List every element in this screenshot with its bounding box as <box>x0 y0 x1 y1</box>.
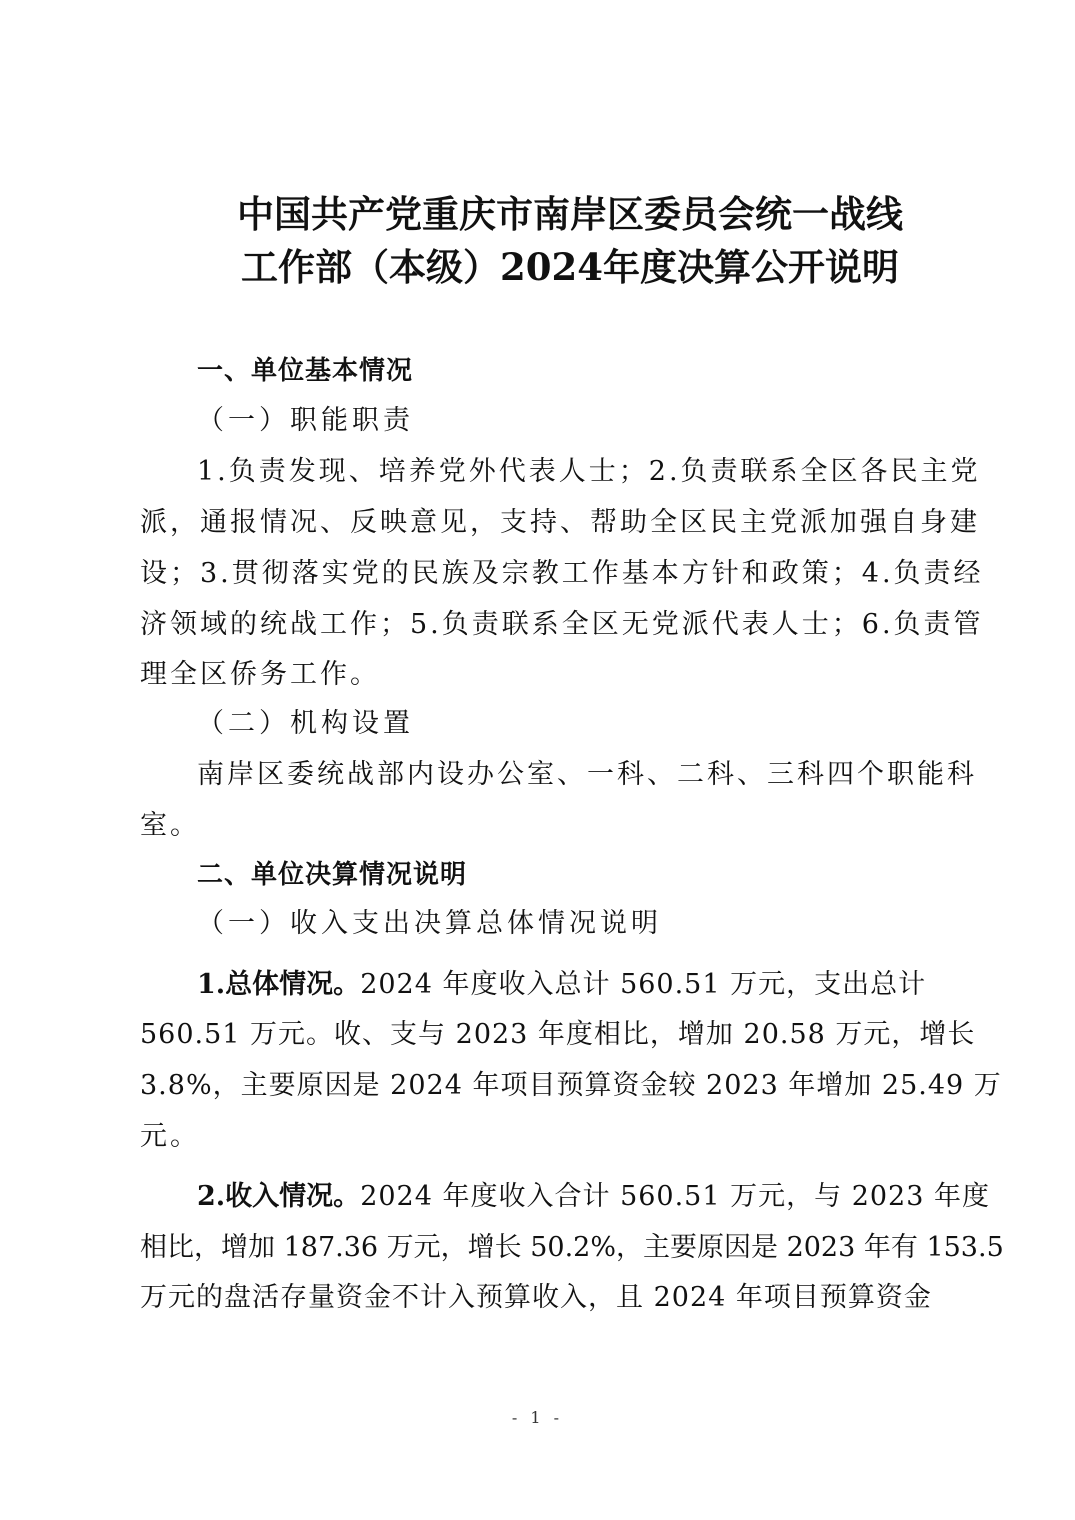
income-line-2: 相比，增加 187.36 万元，增长 50.2%，主要原因是 2023 年有 1… <box>140 1228 940 1268</box>
section-1-2-heading: （二）机构设置 <box>197 704 940 744</box>
section-2-1-heading: （一）收入支出决算总体情况说明 <box>197 904 940 944</box>
income-lead: 2.收入情况。 <box>197 1181 360 1212</box>
income-line-1-text: 2024 年度收入合计 560.51 万元，与 2023 年度 <box>360 1181 990 1212</box>
overall-line-2: 560.51 万元。收、支与 2023 年度相比，增加 20.58 万元，增长 <box>140 1015 940 1055</box>
overall-line-4: 元。 <box>140 1117 940 1157</box>
title-line-2: 工作部（本级）2024年度决算公开说明 <box>140 241 1000 294</box>
duties-line-3: 设；3.贯彻落实党的民族及宗教工作基本方针和政策；4.负责经 <box>140 554 940 594</box>
page-number: - 1 - <box>0 1408 1075 1427</box>
org-line-1: 南岸区委统战部内设办公室、一科、二科、三科四个职能科 <box>197 755 940 795</box>
document-page: 中国共产党重庆市南岸区委员会统一战线 工作部（本级）2024年度决算公开说明 一… <box>0 0 1075 1520</box>
overall-line-1: 1.总体情况。2024 年度收入总计 560.51 万元，支出总计 <box>197 965 940 1005</box>
income-line-3: 万元的盘活存量资金不计入预算收入，且 2024 年项目预算资金 <box>140 1278 940 1318</box>
duties-line-5: 理全区侨务工作。 <box>140 655 940 695</box>
section-1-1-heading: （一）职能职责 <box>197 401 940 441</box>
duties-line-1: 1.负责发现、培养党外代表人士；2.负责联系全区各民主党 <box>197 452 940 492</box>
overall-lead: 1.总体情况。 <box>197 969 360 1000</box>
duties-line-4: 济领域的统战工作；5.负责联系全区无党派代表人士；6.负责管 <box>140 605 940 645</box>
title-line-1: 中国共产党重庆市南岸区委员会统一战线 <box>140 188 1000 241</box>
overall-line-3: 3.8%，主要原因是 2024 年项目预算资金较 2023 年增加 25.49 … <box>140 1066 940 1106</box>
overall-line-1-text: 2024 年度收入总计 560.51 万元，支出总计 <box>360 969 926 1000</box>
income-line-1: 2.收入情况。2024 年度收入合计 560.51 万元，与 2023 年度 <box>197 1177 940 1217</box>
section-2-heading: 二、单位决算情况说明 <box>197 855 940 895</box>
section-1-heading: 一、单位基本情况 <box>197 351 940 391</box>
org-line-2: 室。 <box>140 806 940 846</box>
duties-line-2: 派，通报情况、反映意见，支持、帮助全区民主党派加强自身建 <box>140 503 940 543</box>
document-title: 中国共产党重庆市南岸区委员会统一战线 工作部（本级）2024年度决算公开说明 <box>140 188 1000 294</box>
